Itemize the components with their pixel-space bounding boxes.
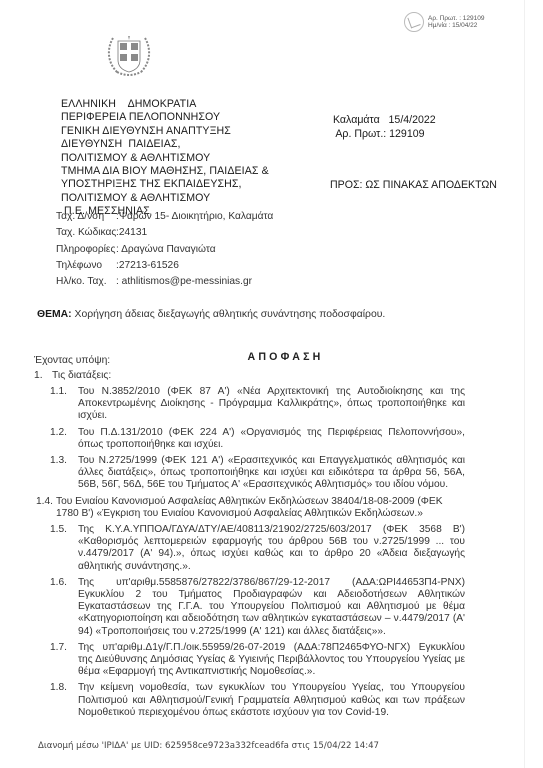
clause-text: Του Π.Δ.131/2010 (ΦΕΚ 224 Α') «Οργανισμό… [78, 427, 465, 451]
clause-number: 1.4. [36, 496, 56, 520]
header-line: ΓΕΝΙΚΗ ΔΙΕΥΘΥΝΣΗ ΑΝΑΠΤΥΞΗΣ [61, 125, 269, 138]
issuing-authority-header: ΕΛΛΗΝΙΚΗ ΔΗΜΟΚΡΑΤΙΑ ΠΕΡΙΦΕΡΕΙΑ ΠΕΛΟΠΟΝΝΗ… [61, 98, 269, 219]
clause-number: 1.8. [50, 682, 78, 719]
page-edge-line [524, 0, 525, 768]
contact-row-email: Ηλ/κο. Ταχ. : athlitismos@pe-messinias.g… [56, 274, 273, 290]
stamp-date: Ημ/νία : 15/04/22 [428, 22, 485, 29]
legal-clauses-list: 1.1. Του N.3852/2010 (ΦΕΚ 87 Α') «Νέα Αρ… [50, 386, 465, 723]
contact-label: Ηλ/κο. Ταχ. [56, 274, 116, 290]
clause-number: 1.6. [50, 577, 78, 638]
clause-item: 1.8. Την κείμενη νομοθεσία, των εγκυκλίω… [50, 682, 465, 719]
stamp-protocol-number: Αρ. Πρωτ. : 129109 [428, 15, 485, 22]
contact-row-address: Ταχ. Δ/νση :Ψαρών 15- Διοικητήριο, Καλαμ… [56, 209, 273, 225]
date-protocol-block: Καλαμάτα 15/4/2022 Αρ. Πρωτ.: 129109 [333, 113, 436, 141]
protocol-number: Αρ. Πρωτ.: 129109 [333, 127, 436, 141]
clause-text: Της υπ'αριθμ.Δ1γ/Γ.Π./οικ.55959/26-07-20… [78, 642, 465, 679]
clause-item: 1.3. Του N.2725/1999 (ΦΕΚ 121 Α') «Ερασι… [50, 455, 465, 492]
contact-value: :24131 [116, 225, 147, 241]
clause-number: 1.5. [50, 524, 78, 573]
contact-value: :27213-61526 [116, 258, 179, 274]
distribution-footer: Διανομή μέσω 'ΙΡΙΔΑ' με UID: 625958ce972… [38, 741, 379, 751]
contact-label: Ταχ. Κώδικας [56, 225, 116, 241]
header-line: ΔΙΕΥΘΥΝΣΗ ΠΑΙΔΕΙΑΣ, [61, 138, 269, 151]
contact-label: Ταχ. Δ/νση [56, 209, 116, 225]
subject-line: ΘΕΜΑ: Χορήγηση άδειας διεξαγωγής αθλητικ… [37, 309, 385, 320]
clause-number: 1.2. [50, 427, 78, 451]
clause-number: 1.1. [50, 386, 78, 423]
clause-number: 1.7. [50, 642, 78, 679]
contact-label: Πληροφορίες [56, 242, 116, 258]
clause-number: 1.3. [50, 455, 78, 492]
header-line: ΤΜΗΜΑ ΔΙΑ ΒΙΟΥ ΜΑΘΗΣΗΣ, ΠΑΙΔΕΙΑΣ & [61, 165, 269, 178]
contact-value: :Ψαρών 15- Διοικητήριο, Καλαμάτα [116, 209, 273, 225]
subject-text: Χορήγηση άδειας διεξαγωγής αθλητικής συν… [72, 309, 386, 320]
contact-row-information: Πληροφορίες : Δραγώνα Παναγιώτα [56, 242, 273, 258]
place-date: Καλαμάτα 15/4/2022 [333, 113, 436, 127]
recipient: ΠΡΟΣ: ΩΣ ΠΙΝΑΚΑΣ ΑΠΟΔΕΚΤΩΝ [330, 179, 497, 191]
header-line: ΕΛΛΗΝΙΚΗ ΔΗΜΟΚΡΑΤΙΑ [61, 98, 269, 111]
stamp-seal-icon [404, 12, 424, 32]
header-line: ΠΕΡΙΦΕΡΕΙΑ ΠΕΛΟΠΟΝΝΗΣΟΥ [61, 111, 269, 124]
header-line: ΠΟΛΙΤΙΣΜΟΥ & ΑΘΛΗΤΙΣΜΟΥ [61, 152, 269, 165]
header-line: ΠΟΛΙΤΙΣΜΟΥ & ΑΘΛΗΤΙΣΜΟΥ [61, 192, 269, 205]
clause-text: Την κείμενη νομοθεσία, των εγκυκλίων του… [78, 682, 465, 719]
clause-item: 1.2. Του Π.Δ.131/2010 (ΦΕΚ 224 Α') «Οργα… [50, 427, 465, 451]
item-text: Τις διατάξεις: [52, 370, 111, 381]
contact-label: Τηλέφωνο [56, 258, 116, 274]
item-number: 1. [34, 370, 52, 381]
contact-row-phone: Τηλέφωνο :27213-61526 [56, 258, 273, 274]
clause-text: Του N.3852/2010 (ΦΕΚ 87 Α') «Νέα Αρχιτεκ… [78, 386, 465, 423]
clause-text: Της Κ.Υ.Α.ΥΠΠΟΑ/ΓΔΥΑ/ΔΤΥ/ΑΕ/408113/21902… [78, 524, 465, 573]
subject-label: ΘΕΜΑ: [37, 309, 72, 320]
email-link[interactable]: : athlitismos@pe-messinias.gr [116, 274, 252, 290]
clause-item: 1.6. Της υπ'αριθμ.5585876/27822/3786/867… [50, 577, 465, 638]
protocol-stamp: Αρ. Πρωτ. : 129109 Ημ/νία : 15/04/22 [404, 12, 485, 32]
clause-text: Του Ενιαίου Κανονισμού Ασφαλείας Αθλητικ… [56, 496, 465, 520]
clause-item: 1.4. Του Ενιαίου Κανονισμού Ασφαλείας Αθ… [36, 496, 465, 520]
considering-label: Έχοντας υπόψη: [34, 355, 110, 366]
contact-row-postal-code: Ταχ. Κώδικας :24131 [56, 225, 273, 241]
greek-coat-of-arms-icon [103, 28, 155, 80]
clause-text: Της υπ'αριθμ.5585876/27822/3786/867/29-1… [78, 577, 465, 638]
clause-item: 1.1. Του N.3852/2010 (ΦΕΚ 87 Α') «Νέα Αρ… [50, 386, 465, 423]
contact-details: Ταχ. Δ/νση :Ψαρών 15- Διοικητήριο, Καλαμ… [56, 209, 273, 290]
clause-item: 1.7. Της υπ'αριθμ.Δ1γ/Γ.Π./οικ.55959/26-… [50, 642, 465, 679]
clause-text: Του N.2725/1999 (ΦΕΚ 121 Α') «Ερασιτεχνι… [78, 455, 465, 492]
contact-value: : Δραγώνα Παναγιώτα [116, 242, 216, 258]
clause-item: 1.5. Της Κ.Υ.Α.ΥΠΠΟΑ/ΓΔΥΑ/ΔΤΥ/ΑΕ/408113/… [50, 524, 465, 573]
list-item-provisions: 1. Τις διατάξεις: [34, 370, 111, 381]
header-line: ΥΠΟΣΤΗΡΙΞΗΣ ΤΗΣ ΕΚΠΑΙΔΕΥΣΗΣ, [61, 178, 269, 191]
